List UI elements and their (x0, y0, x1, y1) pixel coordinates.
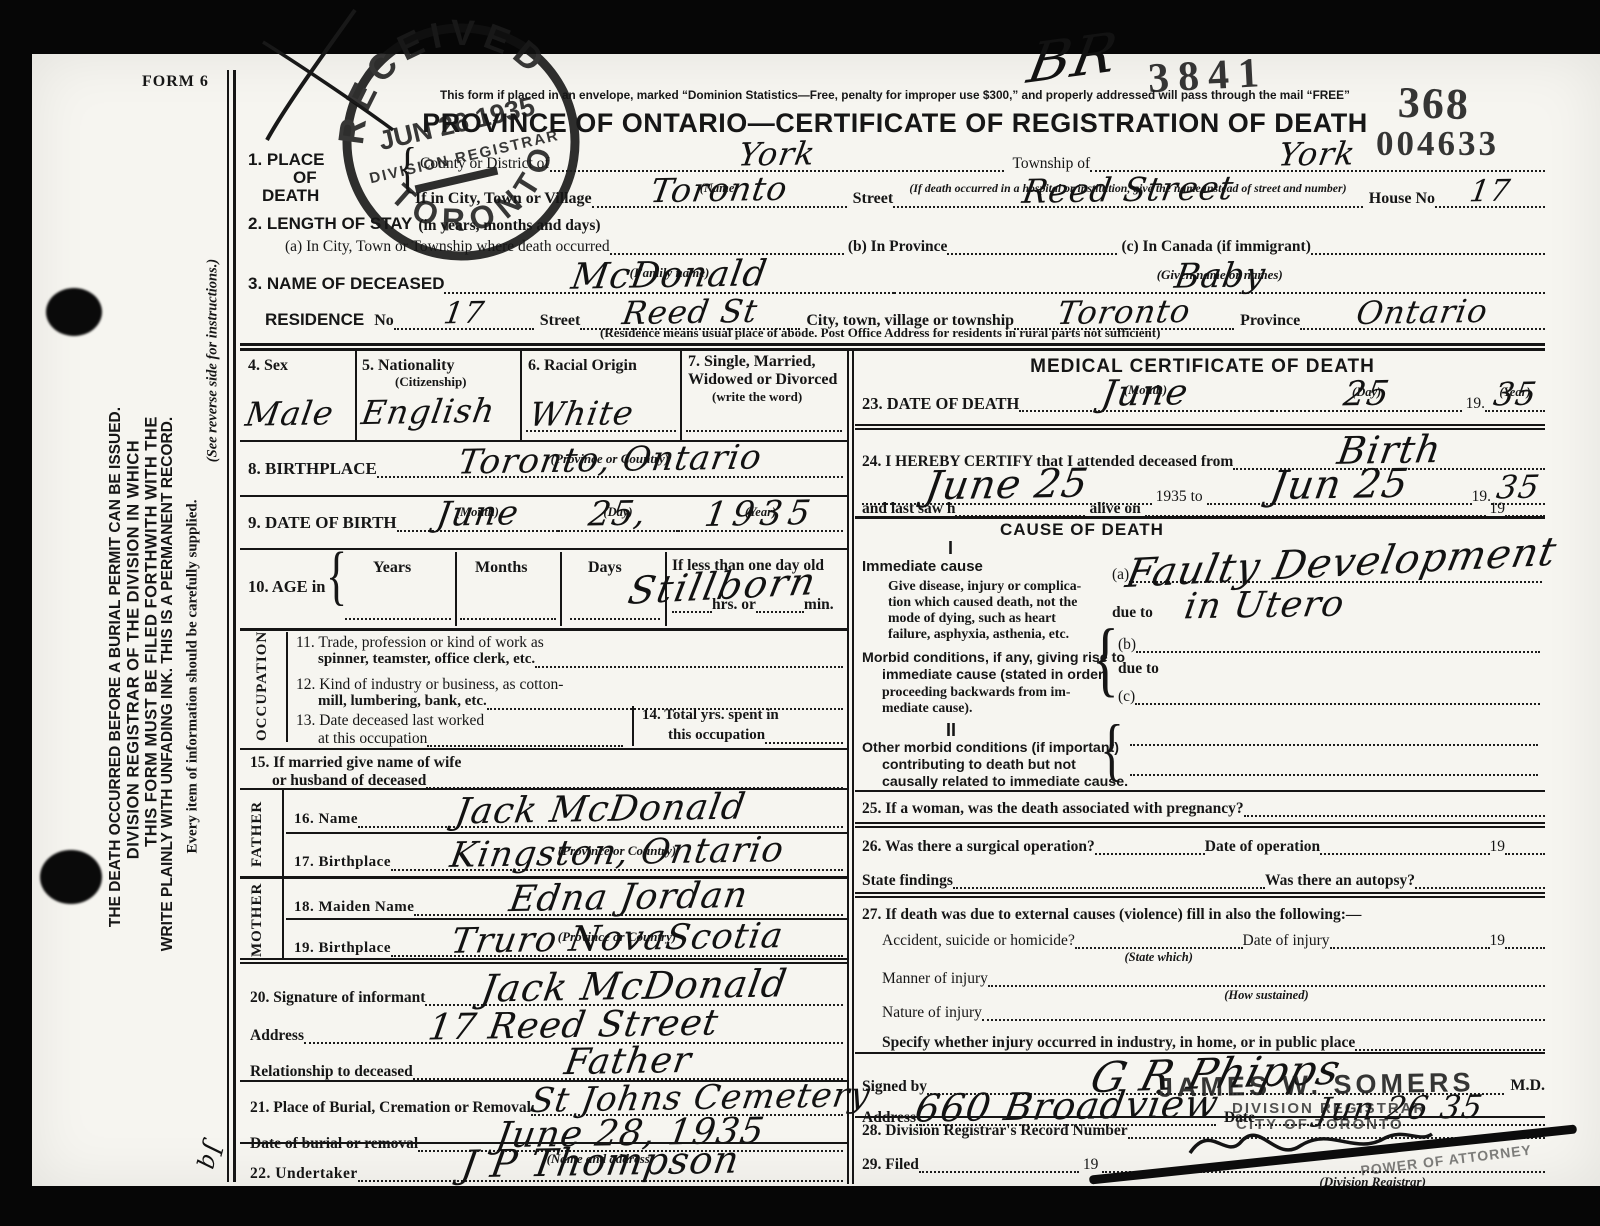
dob-day-sub: (Day) (603, 505, 632, 520)
cause-a-field: Faulty Development (1129, 548, 1542, 583)
s27-howsustained-sub: (How sustained) (1224, 988, 1308, 1003)
nationality-sub: (Citizenship) (395, 375, 467, 389)
corner-pencil-mark: Jq (199, 1142, 223, 1173)
row-divider (855, 516, 1545, 519)
undertaker-label: 22. Undertaker (250, 1166, 358, 1182)
s1-label-of: OF (293, 168, 317, 188)
row-divider (240, 748, 847, 750)
burial-place-label: 21. Place of Burial, Cremation or Remova… (250, 1099, 531, 1116)
cause-other-2: contributing to death but not (882, 757, 1076, 773)
dod-year-printed: 19. (1466, 395, 1485, 412)
father-birthplace-field: Kingston, Ontario (Province or Country) (391, 840, 843, 871)
cause-detail-3: mode of dying, such as heart (888, 610, 1056, 626)
mother-birthplace-label: 19. Birthplace (294, 941, 391, 957)
house-no-label: House No (1369, 191, 1435, 208)
occ-13-field (427, 745, 623, 747)
occ-14-line1: 14. Total yrs. spent in (642, 708, 779, 724)
s26-dateop-label: Date of operation (1205, 838, 1320, 855)
marital-label-2: Widowed or Divorced (688, 372, 837, 389)
cause-dueto1-value: in Utero (1183, 591, 1347, 621)
undertaker-sub: (Name and address) (547, 1151, 655, 1167)
mother-birthplace-field: Truro NovaScotia (Province or Country) (391, 926, 843, 957)
lastsaw-label-c: 19 (1490, 500, 1506, 517)
s26-findings-label: State findings (862, 872, 953, 889)
s15-line1: 15. If married give name of wife (250, 754, 461, 771)
cause-ii-field-1 (1130, 740, 1538, 746)
residence-street-label: Street (540, 313, 581, 330)
cell-divider (520, 350, 522, 440)
s25-label: 25. If a woman, was the death associated… (862, 800, 1244, 817)
cause-immediate-label: Immediate cause (862, 558, 983, 575)
informant-rel-label: Relationship to deceased (250, 1063, 413, 1080)
residence-province-field: Ontario (1300, 300, 1545, 330)
residence-province-label: Province (1240, 313, 1300, 330)
residence-no-field: 17 (394, 303, 534, 330)
s26-autopsy-field (1415, 887, 1545, 889)
s27-manner-field: (How sustained) (988, 985, 1545, 987)
age-years-label: Years (373, 560, 411, 577)
dob-month-field: June (Month) (397, 502, 558, 532)
dod-day-field: 25 (Day) (1272, 382, 1462, 412)
informant-addr-field: 17 Reed Street (304, 1012, 843, 1044)
residence-note: (Residence means usual place of abode. P… (600, 326, 1160, 340)
residence-no-value: 17 (442, 303, 486, 326)
s2-title: 2. LENGTH OF STAY (248, 214, 412, 234)
father-side-label: FATHER (250, 789, 266, 879)
township-value: York (1277, 141, 1357, 166)
residence-city-value: Toronto (1056, 299, 1193, 325)
age-label: 10. AGE in (248, 578, 325, 595)
br-handwritten-mark: BR (1025, 32, 1121, 85)
s2-a-label: (a) In City, Town or Township where deat… (285, 238, 610, 255)
given-name-sub: (Given name or names) (1157, 267, 1283, 283)
cell-divider (455, 552, 457, 626)
row-divider (240, 628, 847, 631)
s2-b-label: (b) In Province (848, 238, 948, 255)
occ-12-line2: mill, lumbering, bank, etc. (318, 694, 487, 710)
s3-title: 3. NAME OF DECEASED (248, 274, 444, 294)
occ-11-field (535, 666, 843, 668)
undertaker-field: J P Thompson (Name and address) (358, 1148, 843, 1182)
s2-title-sub: (in years, months and days) (418, 217, 600, 234)
row-divider (855, 822, 1545, 824)
s27-nature-label: Nature of injury (882, 1004, 982, 1021)
cause-ii-field-2 (1130, 770, 1538, 776)
s26-year-field (1505, 853, 1545, 855)
cause-detail-1: Give disease, injury or complica- (888, 578, 1081, 594)
nationality-label: 5. Nationality (362, 358, 454, 375)
sex-label: 4. Sex (248, 358, 288, 375)
scanned-death-certificate: FORM 6 THIS FORM MUST BE FILED FORTHWITH… (0, 0, 1600, 1226)
s27-nature-field (982, 1019, 1545, 1021)
street-field: Reed Street (If death occurred in a hosp… (893, 178, 1363, 208)
dod-month-sub: (Month) (1124, 383, 1167, 398)
cause-c-field (1135, 703, 1540, 705)
s26-dateop-field (1320, 853, 1489, 855)
min-field (756, 599, 804, 613)
racial-field (526, 420, 676, 432)
dob-year-field: 1935 (Year) (678, 502, 843, 532)
occ-13-line1: 13. Date deceased last worked (296, 712, 484, 729)
cause-title: CAUSE OF DEATH (1000, 520, 1164, 540)
occ-11-line2: spinner, teamster, office clerk, etc. (318, 652, 535, 668)
residence-province-value: Ontario (1355, 299, 1490, 325)
informant-rel-field: Father (413, 1048, 843, 1080)
cell-divider (632, 706, 634, 746)
marital-label-1: 7. Single, Married, (688, 354, 816, 371)
age-days-field (570, 612, 660, 620)
cause-other-3: causally related to immediate cause. (882, 774, 1128, 790)
s2-c-label: (c) In Canada (if immigrant) (1121, 238, 1310, 255)
dob-label: 9. DATE OF BIRTH (248, 514, 397, 532)
row-divider (855, 790, 1545, 792)
house-no-value: 17 (1468, 181, 1512, 204)
margin-note-every-item: Every item of information should be care… (185, 317, 202, 1037)
s29-field-1 (919, 1171, 1079, 1173)
s26-op-field (1095, 853, 1205, 855)
s2-c-field (1311, 253, 1545, 255)
occ-14-line2: this occupation (668, 728, 765, 744)
dod-year-field: 35 (Year) (1485, 382, 1545, 412)
margin-rule (233, 70, 236, 1182)
s27-year-field (1505, 947, 1545, 949)
hrs-field (672, 599, 712, 613)
informant-addr-label: Address (250, 1027, 304, 1044)
age-months-label: Months (475, 560, 527, 577)
cell-divider (355, 350, 357, 440)
street-label: Street (853, 191, 894, 208)
s2-b-field (947, 253, 1117, 255)
township-label: Township of (1012, 155, 1090, 172)
s27-accident-label: Accident, suicide or homicide? (882, 932, 1075, 949)
s27-accident-field: (State which) (1075, 947, 1243, 949)
s29-19: 19 (1083, 1156, 1099, 1173)
lastsaw-label-a: and last saw h (862, 500, 955, 517)
dod-day-sub: (Day) (1352, 385, 1381, 400)
mother-name-value: Edna Jordan (507, 882, 749, 913)
certify-date1-value: June 25 (923, 469, 1090, 502)
marital-sub: (write the word) (712, 390, 802, 404)
column-divider (847, 350, 849, 1184)
section-divider (240, 343, 1545, 346)
s29-label: 29. Filed (862, 1156, 919, 1173)
occupation-side-label: OCCUPATION (255, 621, 271, 751)
s27-statewhich-sub: (State which) (1124, 950, 1192, 965)
city-field: Toronto (Name) (592, 178, 847, 208)
medical-cert-title: MEDICAL CERTIFICATE OF DEATH (860, 356, 1545, 378)
s15-line2: or husband of deceased (272, 772, 426, 789)
row-divider (855, 826, 1545, 828)
family-name-field: McDonald (Family name) (444, 262, 894, 294)
certify-year2-value: 35 (1495, 475, 1542, 500)
nationality-value: English (360, 399, 497, 426)
cause-b-label: (b) (1118, 636, 1136, 653)
mail-free-note: This form if placed in an envelope, mark… (345, 88, 1445, 102)
house-no-field: 17 (1435, 181, 1545, 208)
cause-dueto2-label: due to (1118, 660, 1159, 677)
form-number: FORM 6 (142, 74, 209, 91)
age-brace: { (326, 540, 347, 613)
street-sub-label: (If death occurred in a hospital or inst… (909, 181, 1346, 196)
informant-addr-value: 17 Reed Street (426, 1009, 720, 1041)
dod-year-sub: (Year) (1499, 385, 1530, 400)
residence-label: RESIDENCE (265, 310, 364, 330)
margin-note-filed-3: THE DEATH OCCURRED BEFORE A BURIAL PERMI… (107, 267, 125, 1067)
cause-ii: II (946, 720, 956, 741)
cell-divider (680, 350, 682, 440)
residence-no-label: No (374, 313, 394, 330)
side-divider (282, 790, 284, 876)
side-divider (282, 878, 284, 960)
informant-rel-value: Father (562, 1047, 693, 1076)
family-name-sub: (Family name) (630, 265, 710, 281)
occ-12-line1: 12. Kind of industry or business, as cot… (296, 676, 563, 694)
cause-morbid-2: immediate cause (stated in order (882, 667, 1104, 683)
mother-name-label: 18. Maiden Name (294, 900, 414, 916)
registrar-stamp-name: JAMES W. SOMERS (1158, 1067, 1475, 1104)
s25-field (1244, 815, 1545, 817)
cause-morbid-4: mediate cause). (882, 700, 972, 716)
row-divider (855, 892, 1545, 894)
row-divider (855, 424, 1545, 426)
age-years-field (345, 612, 451, 620)
s27-heading: 27. If death was due to external causes … (862, 906, 1361, 923)
s26-op-label: 26. Was there a surgical operation? (862, 838, 1095, 855)
row-divider (240, 958, 847, 960)
certify-date2-value: Jun 25 (1268, 469, 1410, 501)
lastsaw-label-b: alive on (1089, 500, 1140, 517)
margin-note-filed-2: DIVISION REGISTRAR OF THE DIVISION IN WH… (125, 250, 144, 1050)
age-days-label: Days (588, 560, 622, 577)
hole-punch (46, 288, 102, 336)
given-name-field: Baby (Given name or names) (894, 264, 1545, 294)
margin-note-ink: WRITE PLAINLY WITH UNFADING INK. THIS IS… (159, 284, 177, 1084)
father-birthplace-label: 17. Birthplace (294, 855, 391, 871)
occ-11-line1: 11. Trade, profession or kind of work as (296, 634, 544, 652)
mother-birthplace-sub: (Province or Country) (558, 929, 676, 945)
dob-month-sub: (Month) (456, 505, 499, 520)
cause-b-field (1136, 651, 1540, 653)
margin-rule (227, 70, 229, 1182)
hole-punch (40, 850, 102, 904)
cause-bc-brace: { (1092, 615, 1119, 707)
cell-divider (560, 552, 562, 626)
birthplace-field: Toronto, Ontario (Province or Country) (377, 448, 843, 478)
township-field: York (1090, 142, 1545, 172)
margin-note-reverse-side: (See reverse side for instructions.) (205, 226, 222, 496)
s1-label-place: 1. PLACE (248, 150, 325, 170)
dob-year-sub: (Year) (745, 505, 776, 520)
marital-field (686, 420, 842, 432)
dod-label: 23. DATE OF DEATH (862, 395, 1019, 412)
birthplace-label: 8. BIRTHPLACE (248, 460, 377, 478)
mother-name-field: Edna Jordan (414, 884, 843, 916)
row-divider (855, 896, 1545, 898)
cause-detail-2: tion which caused death, not the (888, 594, 1077, 610)
cause-ii-brace: { (1100, 711, 1124, 788)
s26-19: 19 (1490, 838, 1506, 855)
father-name-value: Jack McDonald (453, 793, 747, 825)
birthplace-sub: (Province or Country) (551, 451, 669, 467)
s1-label-death: DEATH (262, 186, 319, 206)
s26-autopsy-label: Was there an autopsy? (1265, 872, 1415, 889)
s27-dateinjury-label: Date of injury (1243, 932, 1330, 949)
county-field: York (550, 142, 1005, 172)
mother-side-label: MOTHER (250, 873, 266, 967)
cause-other-1: Other morbid conditions (if important) (862, 740, 1119, 756)
s26-findings-field (953, 887, 1265, 889)
s28-label: 28. Division Registrar's Record Number (862, 1122, 1128, 1139)
section-divider (240, 348, 1545, 351)
father-name-field: Jack McDonald (358, 796, 843, 828)
occ-14-field (765, 742, 843, 744)
s27-dateinjury-field (1330, 947, 1490, 949)
occ-13-line2: at this occupation (318, 730, 427, 747)
age-months-field (460, 612, 556, 620)
city-label: If in City, Town or Village (415, 191, 592, 208)
cause-detail-4: failure, asphyxia, asthenia, etc. (888, 626, 1069, 642)
racial-origin-label: 6. Racial Origin (528, 358, 637, 375)
county-value: York (737, 141, 817, 166)
father-birthplace-sub: (Province or Country) (558, 843, 676, 859)
s27-specify-field (1355, 1049, 1545, 1051)
city-sub-label: (Name) (700, 181, 739, 196)
burial-place-value: St Johns Cemetery (528, 1083, 872, 1114)
dod-month-field: June (Month) (1019, 380, 1271, 412)
dob-day-field: 25, (Day) (558, 502, 678, 532)
cause-morbid-3: proceeding backwards from im- (882, 684, 1070, 700)
informant-sig-label: 20. Signature of informant (250, 989, 425, 1006)
s27-manner-label: Manner of injury (882, 970, 988, 987)
sex-value: Male (244, 401, 336, 427)
residence-street-value: Reed St (621, 299, 760, 325)
cause-i: I (948, 538, 953, 559)
column-divider (852, 350, 854, 1184)
age-hrs-label: hrs. or (712, 596, 756, 613)
s27-19: 19 (1490, 932, 1506, 949)
cause-c-label: (c) (1118, 688, 1135, 705)
county-label: County or District of (420, 155, 550, 172)
father-name-label: 16. Name (294, 812, 358, 828)
age-min-label: min. (804, 596, 834, 613)
informant-sig-field: Jack McDonald (425, 972, 843, 1006)
side-divider (286, 632, 288, 742)
informant-sig-value: Jack McDonald (479, 969, 789, 1003)
cause-morbid-1: Morbid conditions, if any, giving rise t… (862, 650, 1125, 666)
